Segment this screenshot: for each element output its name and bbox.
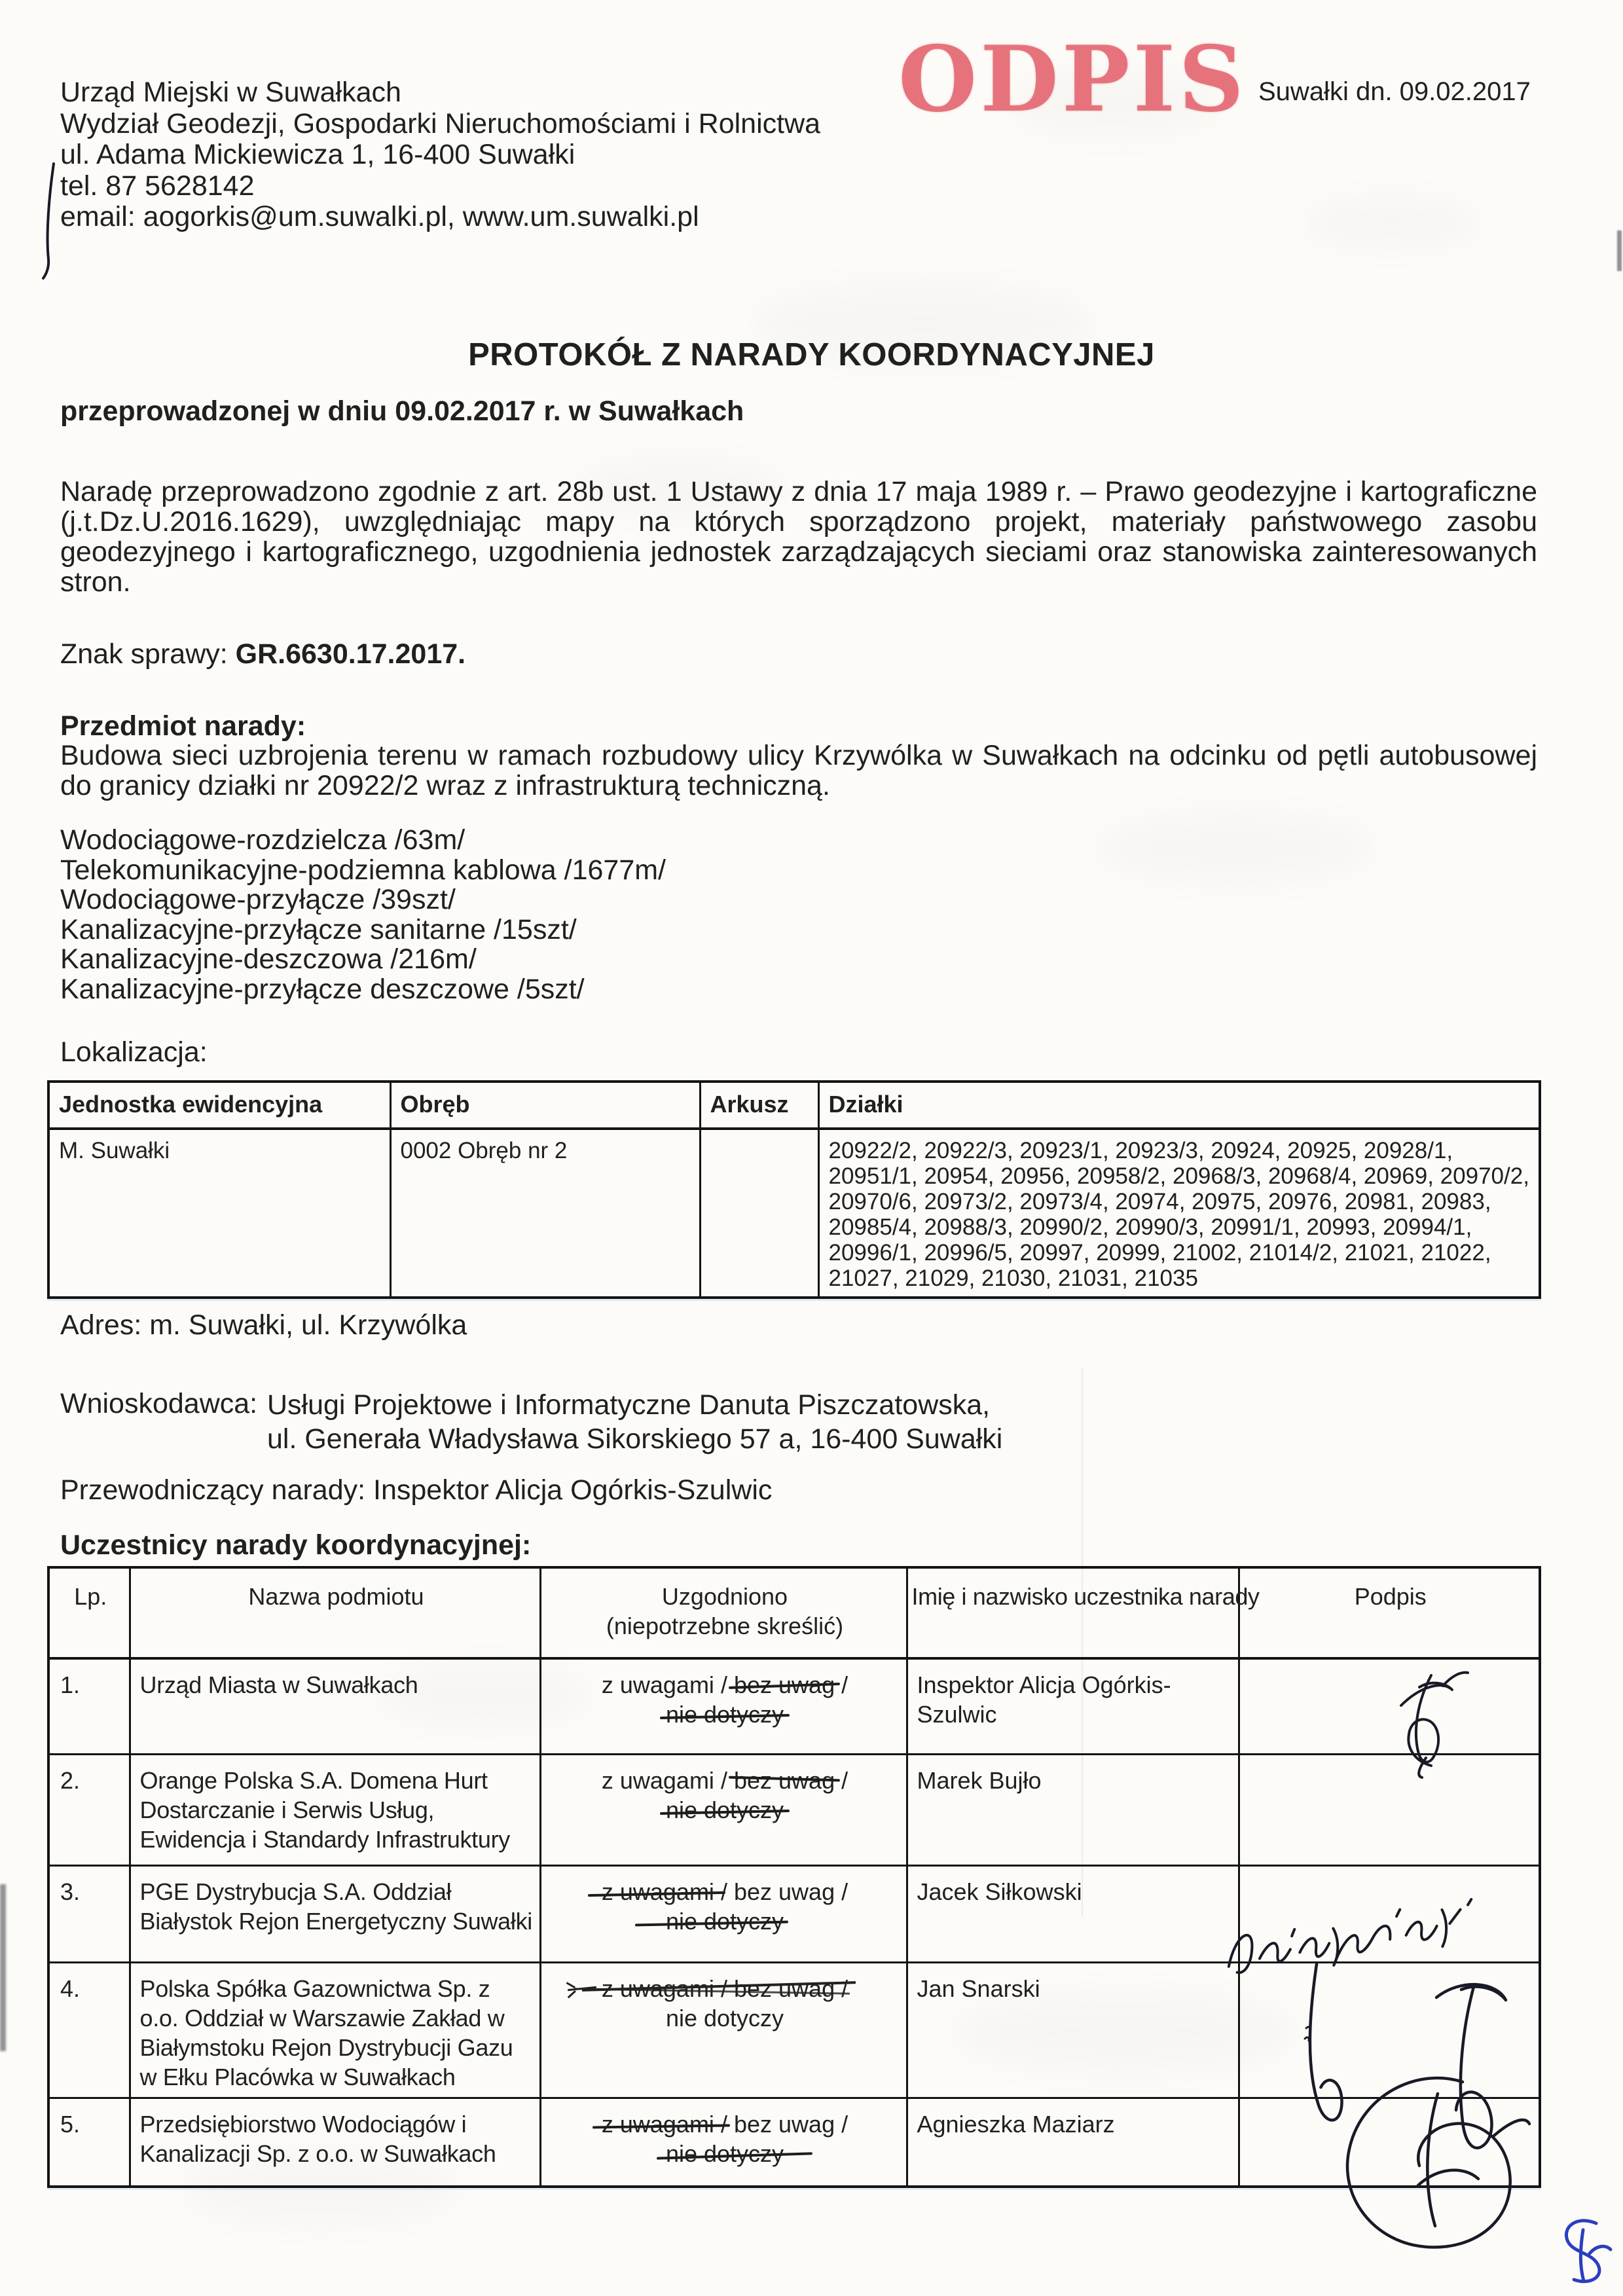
utility-item: Wodociągowe-rozdzielcza /63m/ — [60, 826, 666, 856]
scanned-document-page: Urząd Miejski w Suwałkach Wydział Geodez… — [0, 0, 1623, 2296]
participant-row-5-option-1: z uwagami — [602, 2111, 714, 2138]
participant-row-4-agreement-line1: z uwagami / bez uwag / — [602, 1974, 848, 2003]
intro-paragraph: Naradę przeprowadzono zgodnie z art. 28b… — [60, 477, 1537, 597]
chair-line: Przewodniczący narady: Inspektor Alicja … — [60, 1474, 772, 1506]
case-number-line: Znak sprawy: GR.6630.17.2017. — [60, 638, 465, 670]
sender-line: email: aogorkis@um.suwalki.pl, www.um.su… — [60, 202, 820, 233]
participant-row-5-name: Agnieszka Maziarz — [907, 2098, 1239, 2187]
participant-row-1-agreement-line1: z uwagami / bez uwag / — [602, 1670, 848, 1700]
participant-row-1-lp: 1. — [48, 1658, 130, 1754]
option-separator: / — [721, 1671, 727, 1698]
applicant-line: Usługi Projektowe i Informatyczne Danuta… — [267, 1388, 1002, 1422]
participant-row-2-lp: 2. — [48, 1754, 130, 1865]
participant-row-2-agreement-line1: z uwagami / bez uwag / — [602, 1766, 848, 1795]
scan-bleed-blob — [1303, 196, 1480, 249]
participant-row-4-option-1: z uwagami — [602, 1975, 714, 2002]
participants-header-entity: Nazwa podmiotu — [130, 1567, 540, 1658]
location-cell-dzialki: 20922/2, 20922/3, 20923/1, 20923/3, 2092… — [818, 1129, 1540, 1298]
participant-row-5-agreement: z uwagami / bez uwag / nie dotyczy — [540, 2098, 907, 2187]
option-separator: / — [841, 1975, 848, 2002]
participant-row-5-agreement-line1: z uwagami / bez uwag / — [602, 2109, 848, 2139]
participant-row-1-entity: Urząd Miasta w Suwałkach — [130, 1658, 540, 1754]
option-separator: / — [841, 1671, 848, 1698]
participant-row-2-option-3: nie dotyczy — [666, 1796, 784, 1823]
participant-row-2-entity: Orange Polska S.A. Domena Hurt Dostarcza… — [130, 1754, 540, 1865]
applicant-line: ul. Generała Władysława Sikorskiego 57 a… — [267, 1422, 1002, 1456]
document-title: PROTOKÓŁ Z NARADY KOORDYNACYJNEJ — [0, 337, 1623, 373]
location-cell-jednostka: M. Suwałki — [48, 1129, 390, 1298]
page-initials-blue — [1550, 2212, 1620, 2289]
sender-line: Urząd Miejski w Suwałkach — [60, 77, 820, 109]
participants-header-name: Imię i nazwisko uczestnika narady — [907, 1567, 1239, 1658]
applicant-label: Wnioskodawca: — [60, 1388, 257, 1420]
address-line: Adres: m. Suwałki, ul. Krzywólka — [60, 1309, 467, 1341]
participant-row-1-agreement: z uwagami / bez uwag / nie dotyczy — [540, 1658, 907, 1754]
participant-row-1-name: Inspektor Alicja Ogórkis-Szulwic — [907, 1658, 1239, 1754]
location-header-arkusz: Arkusz — [700, 1082, 818, 1129]
table-row: 2. Orange Polska S.A. Domena Hurt Dostar… — [48, 1754, 1540, 1865]
document-subtitle: przeprowadzonej w dniu 09.02.2017 r. w S… — [60, 395, 744, 428]
participant-row-2-option-1: z uwagami — [602, 1767, 714, 1794]
participant-row-5-option-3: nie dotyczy — [666, 2140, 784, 2167]
option-separator: / — [841, 2111, 848, 2138]
dateline: Suwałki dn. 09.02.2017 — [1258, 77, 1531, 107]
participant-row-4-name: Jan Snarski — [907, 1962, 1239, 2098]
option-separator: / — [721, 1975, 727, 2002]
participant-row-5-lp: 5. — [48, 2098, 130, 2187]
participant-row-2-option-2: bez uwag — [734, 1767, 835, 1794]
utility-item: Kanalizacyjne-przyłącze deszczowe /5szt/ — [60, 975, 666, 1005]
utility-item: Wodociągowe-przyłącze /39szt/ — [60, 885, 666, 915]
utilities-list: Wodociągowe-rozdzielcza /63m/ Telekomuni… — [60, 826, 666, 1004]
participant-row-3-agreement-line1: z uwagami / bez uwag / — [602, 1877, 848, 1906]
table-row: 1. Urząd Miasta w Suwałkach z uwagami / … — [48, 1658, 1540, 1754]
case-label: Znak sprawy: — [60, 638, 228, 670]
location-cell-obreb: 0002 Obręb nr 2 — [390, 1129, 700, 1298]
participant-row-4-option-3: nie dotyczy — [666, 2005, 784, 2032]
location-header-jednostka: Jednostka ewidencyjna — [48, 1082, 390, 1129]
participant-row-4-lp: 4. — [48, 1962, 130, 2098]
applicant-block: Usługi Projektowe i Informatyczne Danuta… — [267, 1388, 1002, 1456]
subject-paragraph: Budowa sieci uzbrojenia terenu w ramach … — [60, 740, 1537, 801]
subject-label: Przedmiot narady: — [60, 710, 306, 742]
participant-row-2-name: Marek Bujło — [907, 1754, 1239, 1865]
utility-item: Kanalizacyjne-deszczowa /216m/ — [60, 945, 666, 975]
location-label: Lokalizacja: — [60, 1036, 208, 1068]
odpis-stamp: ODPIS — [898, 34, 1247, 124]
pen-arrow-mark — [568, 1986, 596, 1992]
participant-row-4-agreement: z uwagami / bez uwag / nie dotyczy — [540, 1962, 907, 2098]
participant-row-3-option-1: z uwagami — [602, 1878, 714, 1905]
location-header-dzialki: Działki — [818, 1082, 1540, 1129]
utility-item: Kanalizacyjne-przyłącze sanitarne /15szt… — [60, 915, 666, 945]
case-number: GR.6630.17.2017. — [236, 638, 465, 670]
participant-row-3-option-2: bez uwag — [734, 1878, 835, 1905]
location-cell-arkusz — [700, 1129, 818, 1298]
scan-bleed-blob — [1100, 812, 1375, 884]
location-header-obreb: Obręb — [390, 1082, 700, 1129]
participants-label: Uczestnicy narady koordynacyjnej: — [60, 1529, 531, 1561]
participants-header-lp: Lp. — [48, 1567, 130, 1658]
participant-row-4-entity: Polska Spółka Gazownictwa Sp. z o.o. Odd… — [130, 1962, 540, 2098]
utility-item: Telekomunikacyjne-podziemna kablowa /167… — [60, 856, 666, 886]
participants-header-agreement-line2: (niepotrzebne skreślić) — [551, 1611, 900, 1641]
participants-header-agreement: Uzgodniono (niepotrzebne skreślić) — [540, 1567, 907, 1658]
sender-line: Wydział Geodezji, Gospodarki Nieruchomoś… — [60, 109, 820, 140]
option-separator: / — [841, 1878, 848, 1905]
participant-row-2-agreement: z uwagami / bez uwag / nie dotyczy — [540, 1754, 907, 1865]
participant-row-5-option-2: bez uwag — [734, 2111, 835, 2138]
signature-row-1 — [1375, 1666, 1473, 1781]
location-table: Jednostka ewidencyjna Obręb Arkusz Dział… — [47, 1080, 1541, 1299]
signature-row-5 — [1303, 2056, 1532, 2265]
sender-line: tel. 87 5628142 — [60, 171, 820, 202]
participant-row-4-option-2: bez uwag — [734, 1975, 835, 2002]
participant-row-3-entity: PGE Dystrybucja S.A. Oddział Białystok R… — [130, 1865, 540, 1962]
scan-edge-streak — [0, 1884, 6, 2051]
participants-header-signature: Podpis — [1239, 1567, 1540, 1658]
participant-row-3-option-3: nie dotyczy — [666, 1908, 784, 1935]
sender-line: ul. Adama Mickiewicza 1, 16-400 Suwałki — [60, 139, 820, 171]
participant-row-1-option-3: nie dotyczy — [666, 1701, 784, 1728]
participant-row-1-option-1: z uwagami — [602, 1671, 714, 1698]
participant-row-3-name: Jacek Siłkowski — [907, 1865, 1239, 1962]
participant-row-5-entity: Przedsiębiorstwo Wodociągów i Kanalizacj… — [130, 2098, 540, 2187]
signature-row-4-ink-dot — [1300, 2023, 1319, 2049]
option-separator: / — [841, 1767, 848, 1794]
pen-margin-mark — [39, 161, 62, 282]
scan-edge-tick — [1617, 230, 1622, 271]
participant-row-3-agreement: z uwagami / bez uwag / nie dotyczy — [540, 1865, 907, 1962]
participants-header-agreement-line1: Uzgodniono — [551, 1582, 900, 1611]
sender-block: Urząd Miejski w Suwałkach Wydział Geodez… — [60, 77, 820, 233]
participant-row-1-option-2: bez uwag — [734, 1671, 835, 1698]
option-separator: / — [721, 1767, 727, 1794]
participant-row-3-lp: 3. — [48, 1865, 130, 1962]
